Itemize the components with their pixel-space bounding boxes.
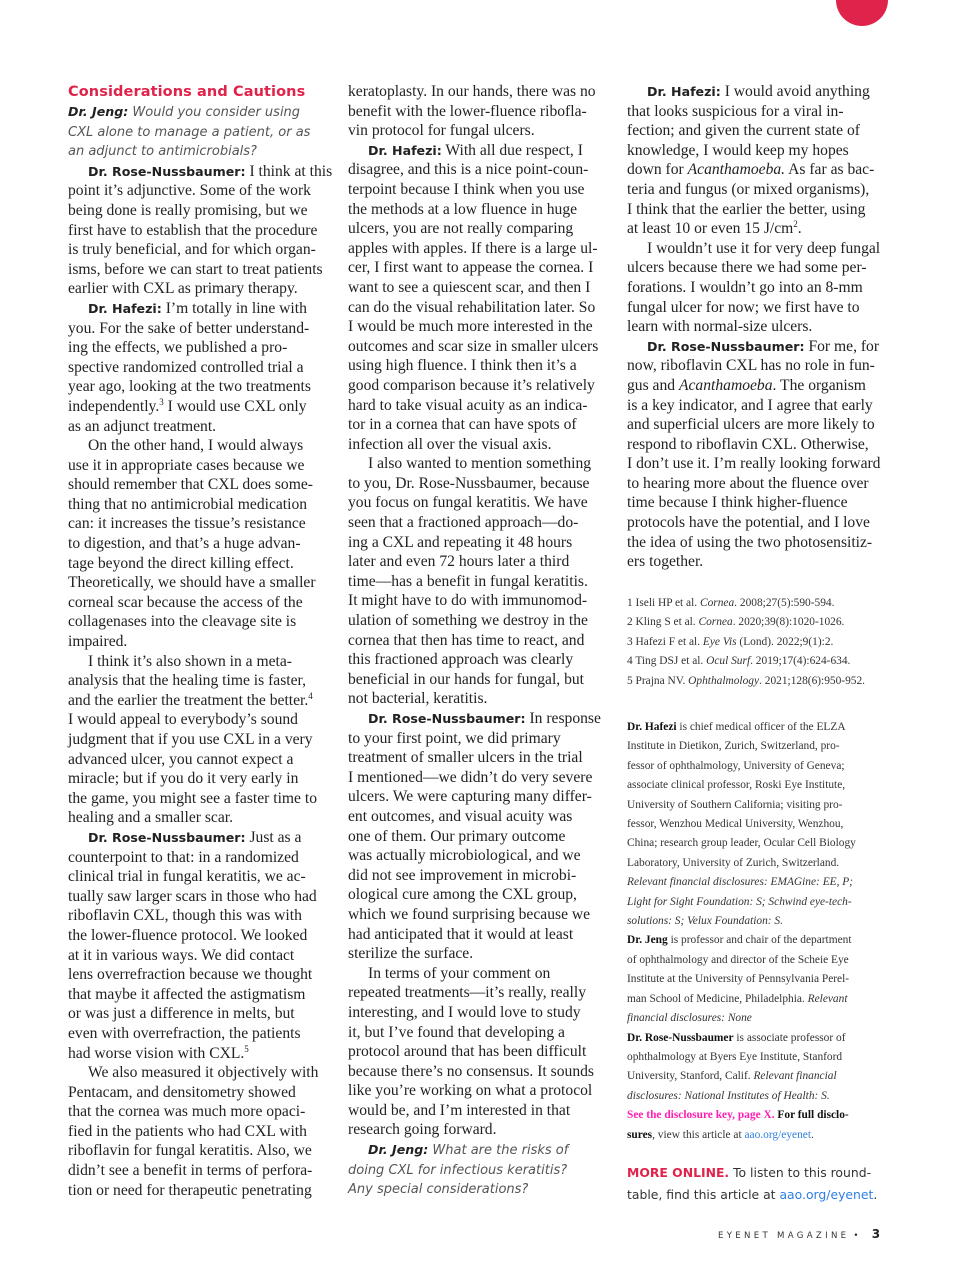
text-line: judgment that if you use CXL in a very xyxy=(68,730,332,750)
answer-line: Dr. Rose-Nussbaumer: Just as a xyxy=(68,828,332,848)
text-line: vin protocol for fungal ulcers. xyxy=(348,121,612,141)
citation-superscript: 5 xyxy=(244,1043,249,1053)
text-line: treatment of smaller ulcers in the trial xyxy=(348,748,612,768)
disclosure-line: financial disclosures: None xyxy=(627,1009,897,1028)
speaker-label: Dr. Rose-Nussbaumer: xyxy=(88,164,246,179)
text-line: protocols have the potential, and I love xyxy=(627,513,891,533)
text-line: fection; and given the current state of xyxy=(627,121,891,141)
bio-line: Institute at the University of Pennsylva… xyxy=(627,970,897,989)
bio-line: See the disclosure key, page X. For full… xyxy=(627,1106,897,1125)
text-line: advanced ulcer, you cannot expect a xyxy=(68,750,332,770)
reference-item: 5 Prajna NV. Ophthalmology. 2021;128(6):… xyxy=(627,672,907,691)
text-line: protocol around that has been difficult xyxy=(348,1042,612,1062)
text-line: had worse vision with CXL.5 xyxy=(68,1044,332,1064)
text-line: riboflavin for fungal keratitis. Also, w… xyxy=(68,1141,332,1161)
text-line: In terms of your comment on xyxy=(348,964,612,984)
speaker-label: Dr. Rose-Nussbaumer: xyxy=(368,711,526,726)
bio-line: Institute in Dietikon, Zurich, Switzerla… xyxy=(627,737,897,756)
speaker-label: Dr. Rose-Nussbaumer: xyxy=(88,830,246,845)
bio-line: fessor of ophthalmology, University of G… xyxy=(627,757,897,776)
reference-item: 3 Hafezi F et al. Eye Vis (Lond). 2022;9… xyxy=(627,633,907,652)
text-line: and the earlier the treatment the better… xyxy=(68,691,332,711)
text-line: you focus on fungal keratitis. We have xyxy=(348,493,612,513)
text-line: year ago, looking at the two treatments xyxy=(68,377,332,397)
text-line: outcomes and scar size in smaller ulcers xyxy=(348,337,612,357)
text-line: disagree, and this is a nice point-coun- xyxy=(348,160,612,180)
magazine-name: EYENET MAGAZINE xyxy=(718,1231,849,1241)
more-online-box: MORE ONLINE. To listen to this round- ta… xyxy=(627,1162,907,1206)
text-line: can do the visual rehabilitation later. … xyxy=(348,298,612,318)
question-line: Any special considerations? xyxy=(348,1180,612,1200)
answer-line: Dr. Hafezi: I would avoid anything xyxy=(627,82,891,102)
text-line: fied in the patients who had CXL with xyxy=(68,1122,332,1142)
text-line: apples with apples. If there is a large … xyxy=(348,239,612,259)
column-2: keratoplasty. In our hands, there was no… xyxy=(348,82,612,1200)
text-line: We also measured it objectively with xyxy=(68,1063,332,1083)
text-line: forations. I wouldn’t go into an 8-mm xyxy=(627,278,891,298)
speaker-label: Dr. Jeng: xyxy=(368,1142,428,1157)
author-bios: Dr. Hafezi is chief medical officer of t… xyxy=(627,718,897,1145)
text-line: ulation of something we destroy in the xyxy=(348,611,612,631)
text-line: riboflavin CXL, though this was with xyxy=(68,906,332,926)
text-line: counterpoint to that: in a randomized xyxy=(68,848,332,868)
text-line: tage beyond the direct killing effect. xyxy=(68,554,332,574)
text-line: can: it increases the tissue’s resistanc… xyxy=(68,514,332,534)
text-line: time—has a benefit in fungal keratitis. xyxy=(348,572,612,592)
text-line: now, riboflavin CXL has no role in fun- xyxy=(627,356,891,376)
text-line: and superficial ulcers are more likely t… xyxy=(627,415,891,435)
text-line: Theoretically, we should have a smaller xyxy=(68,573,332,593)
text-line: ulcers because there we had some per- xyxy=(627,258,891,278)
text-line: would be, and I’m interested in that xyxy=(348,1101,612,1121)
text-line: tually saw larger scars in those who had xyxy=(68,887,332,907)
text-line: down for Acanthamoeba. As far as bac- xyxy=(627,160,891,180)
speaker-label: Dr. Hafezi: xyxy=(647,84,721,99)
text-line: gus and Acanthamoeba. The organism xyxy=(627,376,891,396)
text-line: even with overrefraction, the patients xyxy=(68,1024,332,1044)
question-line: Dr. Jeng: What are the risks of xyxy=(348,1140,612,1161)
speaker-label: Dr. Hafezi: xyxy=(88,301,162,316)
page-footer: EYENET MAGAZINE•3 xyxy=(718,1227,880,1241)
text-line: to hearing more about the fluence over xyxy=(627,474,891,494)
question-line: an adjunct to antimicrobials? xyxy=(68,142,332,162)
more-online-label: MORE ONLINE. xyxy=(627,1165,729,1180)
text-line: ing a CXL and repeating it 48 hours xyxy=(348,533,612,553)
text-line: had anticipated that it would at least xyxy=(348,925,612,945)
text-line: that looks suspicious for a viral in- xyxy=(627,102,891,122)
text-line: ing the effects, we published a pro- xyxy=(68,338,332,358)
text-line: time because I think higher-fluence xyxy=(627,493,891,513)
text-line: healing and a smaller scar. xyxy=(68,808,332,828)
bio-line: China; research group leader, Ocular Cel… xyxy=(627,834,897,853)
text-line: cornea that then has time to react, and xyxy=(348,631,612,651)
disclosure-line: Light for Sight Foundation: S; Schwind e… xyxy=(627,893,897,912)
text-line: the idea of using the two photosensitiz- xyxy=(627,533,891,553)
text-line: seen that a fractioned approach—do- xyxy=(348,513,612,533)
bio-line: Laboratory, University of Zurich, Switze… xyxy=(627,854,897,873)
eyenet-link[interactable]: aao.org/eyenet xyxy=(744,1129,811,1141)
text-line: is truly beneficial, and for which organ… xyxy=(68,240,332,260)
reference-item: 4 Ting DSJ et al. Ocul Surf. 2019;17(4):… xyxy=(627,652,907,671)
text-line: spective randomized controlled trial a xyxy=(68,358,332,378)
speaker-label: Dr. Rose-Nussbaumer: xyxy=(647,339,805,354)
text-line: keratoplasty. In our hands, there was no xyxy=(348,82,612,102)
text-line: being done is really promising, but we xyxy=(68,201,332,221)
text-line: I would be much more interested in the xyxy=(348,317,612,337)
text-line: ulcers, you are not really comparing xyxy=(348,219,612,239)
text-line: interesting, and I would love to study xyxy=(348,1003,612,1023)
text-line: terpoint because I think when you use xyxy=(348,180,612,200)
text-line: you. For the sake of better understand- xyxy=(68,319,332,339)
bio-line: University, Stanford, Calif. Relevant fi… xyxy=(627,1067,897,1086)
text-line: like you’re working on what a protocol xyxy=(348,1081,612,1101)
text-line: tion or need for therapeutic penetrating xyxy=(68,1181,332,1201)
text-line: independently.3 I would use CXL only xyxy=(68,397,332,417)
text-line: teria and fungus (or mixed organisms), xyxy=(627,180,891,200)
text-line: It might have to do with immunomod- xyxy=(348,591,612,611)
text-line: beneficial in our hands for fungal, but xyxy=(348,670,612,690)
text-line: corneal scar because the access of the xyxy=(68,593,332,613)
column-1: Considerations and Cautions Dr. Jeng: Wo… xyxy=(68,82,332,1200)
text-line: lens overrefraction because we thought xyxy=(68,965,332,985)
text-line: should remember that CXL does some- xyxy=(68,475,332,495)
text-line: first have to establish that the procedu… xyxy=(68,221,332,241)
text-line: respond to riboflavin CXL. Otherwise, xyxy=(627,435,891,455)
text-line: using high fluence. I think then it’s a xyxy=(348,356,612,376)
text-line: collagenases into the cleavage site is xyxy=(68,612,332,632)
text-line: as an adjunct treatment. xyxy=(68,417,332,437)
text-line: infection all over the visual axis. xyxy=(348,435,612,455)
text-line: I don’t use it. I’m really looking forwa… xyxy=(627,454,891,474)
answer-line: Dr. Rose-Nussbaumer: For me, for xyxy=(627,337,891,357)
text-line: I also wanted to mention something xyxy=(348,454,612,474)
text-line: which we found surprising because we xyxy=(348,905,612,925)
text-line: the methods at a low fluence in huge xyxy=(348,200,612,220)
text-line: thing that no antimicrobial medication xyxy=(68,495,332,515)
bio-line: associate clinical professor, Roski Eye … xyxy=(627,776,897,795)
text-line: this fractioned approach was clearly xyxy=(348,650,612,670)
bio-name: Dr. Hafezi xyxy=(627,721,677,733)
text-line: or was just a difference in melts, but xyxy=(68,1004,332,1024)
text-line: point it’s adjunctive. Some of the work xyxy=(68,181,332,201)
bio-name: Dr. Jeng xyxy=(627,934,668,946)
text-line: sterilize the surface. xyxy=(348,944,612,964)
text-line: earlier with CXL as primary therapy. xyxy=(68,279,332,299)
bio-line: man School of Medicine, Philadelphia. Re… xyxy=(627,990,897,1009)
references-list: 1 Iseli HP et al. Cornea. 2008;27(5):590… xyxy=(627,594,907,691)
text-line: the lower-fluence protocol. We looked xyxy=(68,926,332,946)
speaker-label: Dr. Hafezi: xyxy=(368,143,442,158)
text-line: repeated treatments—it’s really, really xyxy=(348,983,612,1003)
question-line: CXL alone to manage a patient, or as xyxy=(68,123,332,143)
bio-line: Dr. Jeng is professor and chair of the d… xyxy=(627,931,897,950)
text-line: I mentioned—we didn’t do very severe xyxy=(348,768,612,788)
text-line: knowledge, I would keep my hopes xyxy=(627,141,891,161)
disclosure-line: solutions: S; Velux Foundation: S. xyxy=(627,912,897,931)
text-line: to your first point, we did primary xyxy=(348,729,612,749)
text-line: I think it’s also shown in a meta- xyxy=(68,652,332,672)
text-line: I think that the earlier the better, usi… xyxy=(627,200,891,220)
bio-line: ophthalmology at Byers Eye Institute, St… xyxy=(627,1048,897,1067)
text-line: to digestion, and that’s a huge advan- xyxy=(68,534,332,554)
text-line: was actually microbiological, and we xyxy=(348,846,612,866)
text-line: learn with normal-size ulcers. xyxy=(627,317,891,337)
section-heading: Considerations and Cautions xyxy=(68,82,332,102)
answer-line: Dr. Rose-Nussbaumer: In response xyxy=(348,709,612,729)
text-line: ent outcomes, and visual acuity was xyxy=(348,807,612,827)
disclosure-line: disclosures: National Institutes of Heal… xyxy=(627,1087,897,1106)
text-line: impaired. xyxy=(68,632,332,652)
text-line: benefit with the lower-fluence ribofla- xyxy=(348,102,612,122)
page-corner-dot xyxy=(836,0,888,26)
text-line: good comparison because it’s relatively xyxy=(348,376,612,396)
text-line: isms, before we can start to treat patie… xyxy=(68,260,332,280)
text-line: to you, Dr. Rose-Nussbaumer, because xyxy=(348,474,612,494)
text-line: it, but I’ve found that developing a xyxy=(348,1023,612,1043)
bullet-separator: • xyxy=(853,1231,861,1241)
bio-line: of ophthalmology and director of the Sch… xyxy=(627,951,897,970)
text-line: not bacterial, keratitis. xyxy=(348,689,612,709)
text-line: ers together. xyxy=(627,552,891,572)
text-line: I wouldn’t use it for very deep fungal xyxy=(627,239,891,259)
bio-line: sures, view this article at aao.org/eyen… xyxy=(627,1126,897,1145)
text-line: because there’s no consensus. It sounds xyxy=(348,1062,612,1082)
text-line: is a key indicator, and I agree that ear… xyxy=(627,396,891,416)
citation-superscript: 4 xyxy=(308,691,313,701)
text-line: one of them. Our primary outcome xyxy=(348,827,612,847)
text-line: analysis that the healing time is faster… xyxy=(68,671,332,691)
disclosure-line: Relevant financial disclosures: EMAGine:… xyxy=(627,873,897,892)
text-line: did not see improvement in microbi- xyxy=(348,866,612,886)
question-line: doing CXL for infectious keratitis? xyxy=(348,1161,612,1181)
text-line: didn’t see a benefit in terms of perfora… xyxy=(68,1161,332,1181)
answer-line: Dr. Hafezi: I’m totally in line with xyxy=(68,299,332,319)
text-line: research going forward. xyxy=(348,1120,612,1140)
bio-line: fessor, Wenzhou Medical University, Wenz… xyxy=(627,815,897,834)
reference-item: 1 Iseli HP et al. Cornea. 2008;27(5):590… xyxy=(627,594,907,613)
answer-line: Dr. Rose-Nussbaumer: I think at this xyxy=(68,162,332,182)
answer-line: Dr. Hafezi: With all due respect, I xyxy=(348,141,612,161)
speaker-label: Dr. Jeng: xyxy=(68,104,128,119)
question-line: Dr. Jeng: Would you consider using xyxy=(68,102,332,123)
bio-line: Dr. Rose-Nussbaumer is associate profess… xyxy=(627,1029,897,1048)
page-number: 3 xyxy=(872,1227,880,1241)
bio-line: University of Southern California; visit… xyxy=(627,796,897,815)
text-line: I would appeal to everybody’s sound xyxy=(68,710,332,730)
disclosure-key-link[interactable]: See the disclosure key, page X. xyxy=(627,1109,775,1121)
text-line: use it in appropriate cases because we xyxy=(68,456,332,476)
text-line: On the other hand, I would always xyxy=(68,436,332,456)
text-line: ological cure among the CXL group, xyxy=(348,885,612,905)
text-line: cer, I first want to appease the cornea.… xyxy=(348,258,612,278)
more-online-link[interactable]: aao.org/eyenet xyxy=(779,1187,873,1202)
text-line: fungal ulcer for now; we first have to xyxy=(627,298,891,318)
bio-line: Dr. Hafezi is chief medical officer of t… xyxy=(627,718,897,737)
text-line: Pentacam, and densitometry showed xyxy=(68,1083,332,1103)
text-line: want to see a quiescent scar, and then I xyxy=(348,278,612,298)
text-line: ulcers. We were capturing many differ- xyxy=(348,787,612,807)
text-line: at it in various ways. We did contact xyxy=(68,946,332,966)
text-line: that the cornea was much more opaci- xyxy=(68,1102,332,1122)
text-line: clinical trial in fungal keratitis, we a… xyxy=(68,867,332,887)
bio-name: Dr. Rose-Nussbaumer xyxy=(627,1032,734,1044)
text-line: that maybe it affected the astigmatism xyxy=(68,985,332,1005)
text-line: hard to take visual acuity as an indica- xyxy=(348,396,612,416)
reference-item: 2 Kling S et al. Cornea. 2020;39(8):1020… xyxy=(627,613,907,632)
text-line: tor in a cornea that can have spots of xyxy=(348,415,612,435)
text-line: at least 10 or even 15 J/cm2. xyxy=(627,219,891,239)
text-line: miracle; but if you do it very early in xyxy=(68,769,332,789)
column-3: Dr. Hafezi: I would avoid anything that … xyxy=(627,82,891,572)
text-line: later and even 72 hours later a third xyxy=(348,552,612,572)
text-line: the game, you might see a faster time to xyxy=(68,789,332,809)
